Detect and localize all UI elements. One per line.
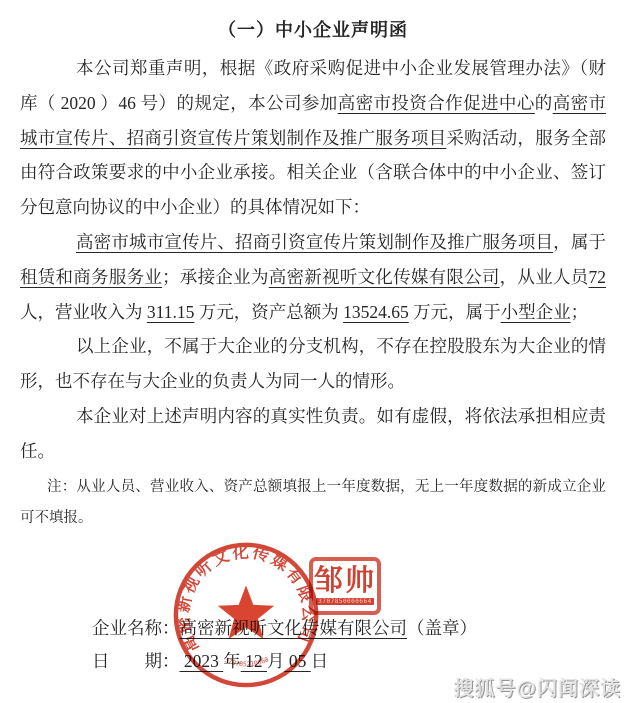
text-segment: 高密市城市宣传片、招商引资宣传片策划制作及推广服务项目 — [76, 232, 553, 252]
text-segment: 人，营业收入为 — [20, 302, 147, 322]
paragraph-declaration: 本公司郑重声明，根据《政府采购促进中小企业发展管理办法》（财库（ 2020 ）4… — [20, 51, 606, 225]
text-segment: ，从业人员 — [500, 267, 589, 287]
text-segment: 12 — [241, 651, 267, 671]
text-segment: 小型企业 — [501, 302, 571, 322]
text-segment: 311.15 — [147, 302, 194, 322]
text-segment: 高密新视听文化传媒有限公司 — [269, 267, 500, 287]
text-segment: 的 — [535, 93, 553, 113]
text-segment: 月 — [267, 651, 285, 671]
text-segment: 高密新视听文化传媒有限公司 — [180, 618, 408, 638]
text-segment: （盖章） — [407, 618, 477, 638]
name-seal-stamp: 邹帅 3707850000664 — [309, 557, 381, 615]
text-segment: 年 — [223, 651, 241, 671]
date-line: 日 期： 2023 年 12 月 05 日 — [92, 645, 477, 678]
paragraph-responsibility: 本企业对上述声明内容的真实性负责。如有虚假，将依法承担相应责任。 — [20, 399, 606, 469]
text-segment: 以上企业，不属于大企业的分支机构，不存在控股股东为大企业的情形，也不存在与大企业… — [20, 336, 606, 391]
paragraph-independence: 以上企业，不属于大企业的分支机构，不存在控股股东为大企业的情形，也不存在与大企业… — [20, 329, 606, 399]
text-segment: 万元，资产总额为 — [194, 302, 343, 322]
name-seal-code: 3707850000664 — [316, 598, 373, 605]
text-segment: ； — [571, 302, 589, 322]
text-segment: 企业名称： — [92, 618, 180, 638]
text-segment: ，属于 — [553, 232, 606, 252]
name-seal-text: 邹帅 — [314, 567, 376, 596]
text-segment: 2023 — [180, 651, 224, 671]
paragraph-project-details: 高密市城市宣传片、招商引资宣传片策划制作及推广服务项目，属于租赁和商务服务业；承… — [20, 225, 606, 329]
signature-block: 企业名称：高密新视听文化传媒有限公司（盖章） 日 期： 2023 年 12 月 … — [92, 612, 477, 678]
text-segment: 租赁和商务服务业 — [20, 267, 162, 287]
text-segment: 72 — [589, 267, 607, 287]
text-segment: 05 — [285, 651, 311, 671]
text-segment: 13524.65 — [343, 302, 409, 322]
text-segment: 本企业对上述声明内容的真实性负责。如有虚假，将依法承担相应责任。 — [20, 406, 606, 461]
footnote: 注：从业人员、营业收入、资产总额填报上一年度数据，无上一年度数据的新成立企业可不… — [20, 472, 606, 534]
text-segment: ；承接企业为 — [162, 267, 269, 287]
text-segment: 万元，属于 — [409, 302, 501, 322]
text-segment: 高密市投资合作促进中心 — [338, 93, 535, 113]
text-segment: 日 — [311, 651, 329, 671]
text-segment: 注：从业人员、营业收入、资产总额填报上一年度数据，无上一年度数据的新成立企业可不… — [20, 479, 606, 526]
declaration-document-page: （一）中小企业声明函 本公司郑重声明，根据《政府采购促进中小企业发展管理办法》（… — [0, 0, 626, 703]
document-title: （一）中小企业声明函 — [20, 16, 606, 42]
watermark: 搜狐号@闪闻深读 — [453, 672, 621, 701]
text-segment: 日 期： — [92, 651, 180, 671]
company-name-line: 企业名称：高密新视听文化传媒有限公司（盖章） — [92, 612, 477, 645]
